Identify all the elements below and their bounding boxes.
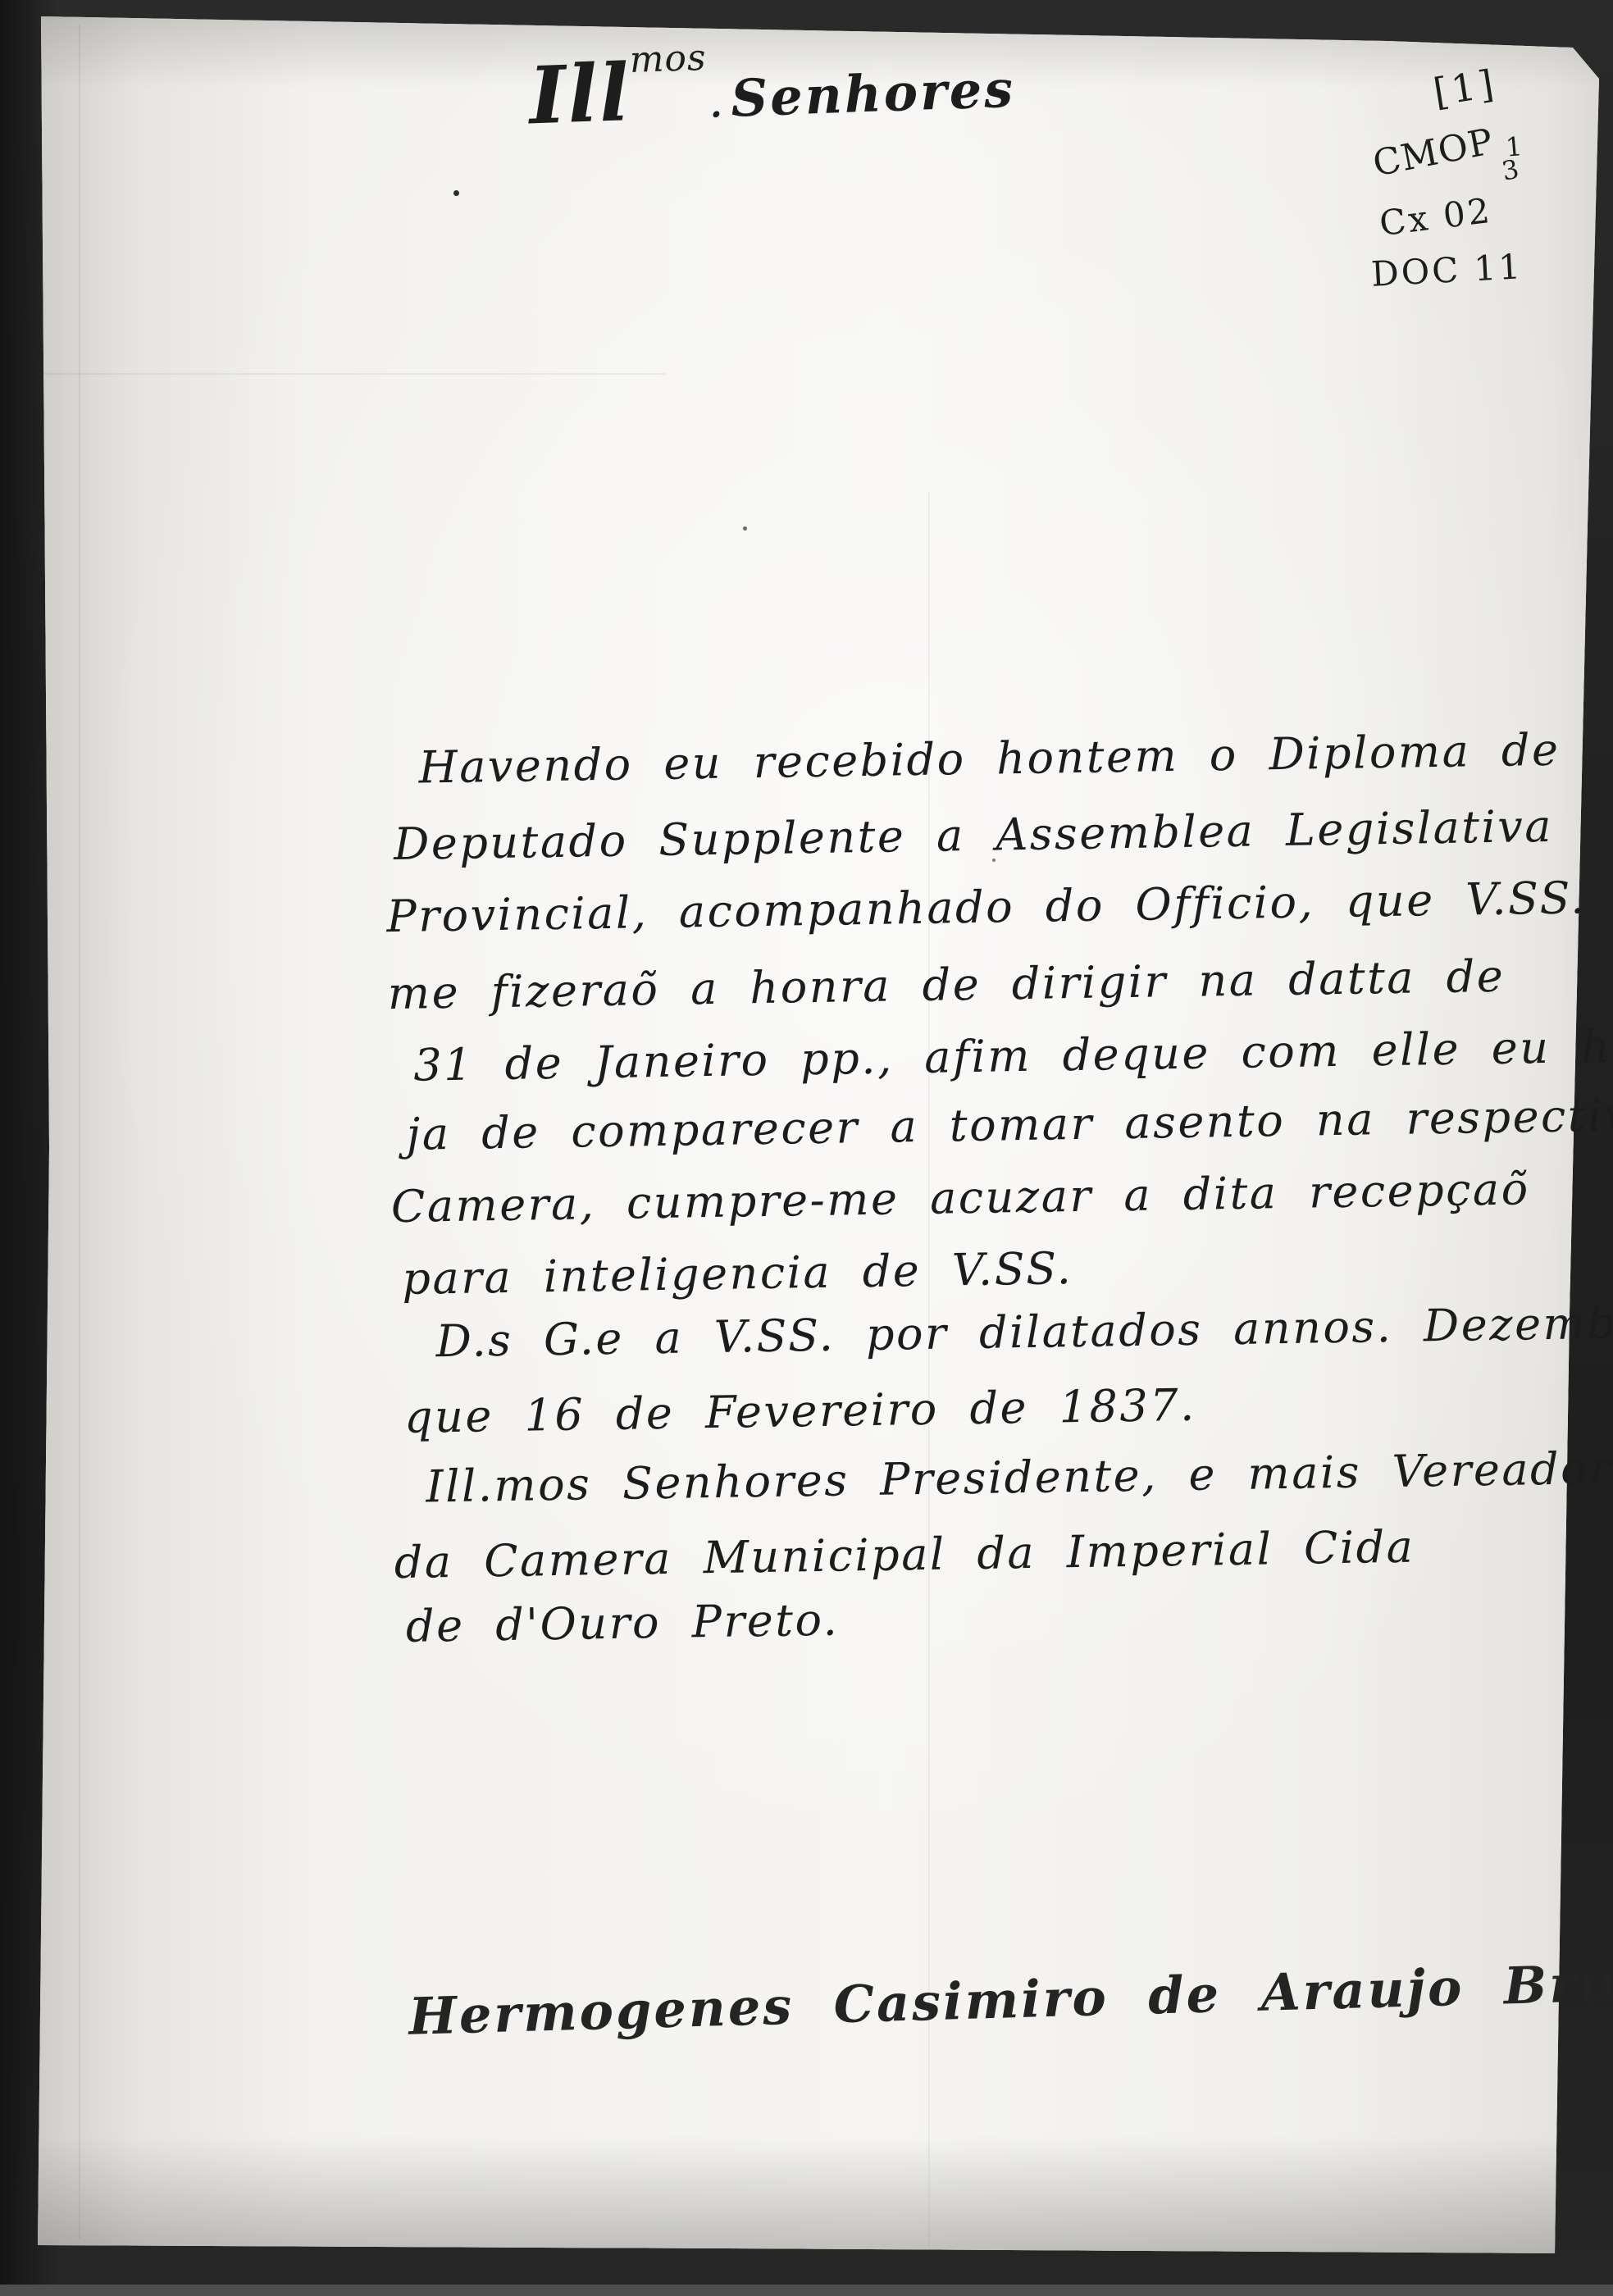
- manuscript-line: da Camera Municipal da Imperial Cida: [394, 1521, 1415, 1589]
- manuscript-line: para inteligencia de V.SS.: [402, 1242, 1073, 1305]
- archival-fond-code: CMOP: [1369, 121, 1497, 184]
- archival-mark-fond: CMOP13: [1369, 116, 1523, 207]
- signature: Hermogenes Casimiro de Araujo Bruns Vike: [408, 1946, 1613, 2047]
- archival-mark-doc: DOC 11: [1370, 246, 1524, 294]
- manuscript-line: Provincial, acompanhado do Officio, que …: [386, 872, 1587, 942]
- ink-speck: [743, 526, 747, 531]
- manuscript-line: Havendo eu recebido hontem o Diploma de: [418, 724, 1561, 794]
- manuscript-line: Deputado Supplente a Assemblea Legislati…: [394, 800, 1554, 870]
- salutation-abbreviation: Ill: [527, 46, 632, 142]
- archival-fond-fraction: 13: [1497, 137, 1523, 184]
- salutation-period: .: [707, 71, 727, 130]
- manuscript-line: Ill.mos Senhores Presidente, e mais Vere…: [426, 1442, 1613, 1513]
- ink-layer: Illmos. Senhores [1] CMOP13 Cx 02 DOC 11…: [0, 0, 1613, 2296]
- manuscript-line: de d'Ouro Preto.: [406, 1594, 840, 1652]
- ink-speck: [992, 859, 996, 862]
- manuscript-line: me fizeraõ a honra de dirigir na datta d…: [387, 950, 1505, 1019]
- manuscript-line: Camera, cumpre-me acuzar a dita recepçaõ: [390, 1163, 1530, 1232]
- manuscript-line: que 16 de Fevereiro de 1837.: [404, 1379, 1197, 1443]
- ink-speck: [453, 190, 459, 196]
- manuscript-line: D.s G.e a V.SS. por dilatados annos. Dez…: [435, 1296, 1613, 1367]
- scanner-bed-bottom-strip: [0, 2285, 1613, 2296]
- salutation-heading: Illmos. Senhores: [527, 26, 1016, 143]
- fraction-denominator: 3: [1501, 158, 1522, 183]
- scan-background: Illmos. Senhores [1] CMOP13 Cx 02 DOC 11…: [0, 0, 1613, 2296]
- salutation-superscript: mos: [629, 37, 708, 81]
- salutation-word: Senhores: [730, 59, 1016, 129]
- archival-mark-page-number: [1]: [1430, 61, 1500, 114]
- manuscript-line: 31 de Janeiro pp., afim deque com elle e…: [413, 1020, 1613, 1091]
- manuscript-line: ja de comparecer a tomar asento na respe…: [406, 1089, 1613, 1160]
